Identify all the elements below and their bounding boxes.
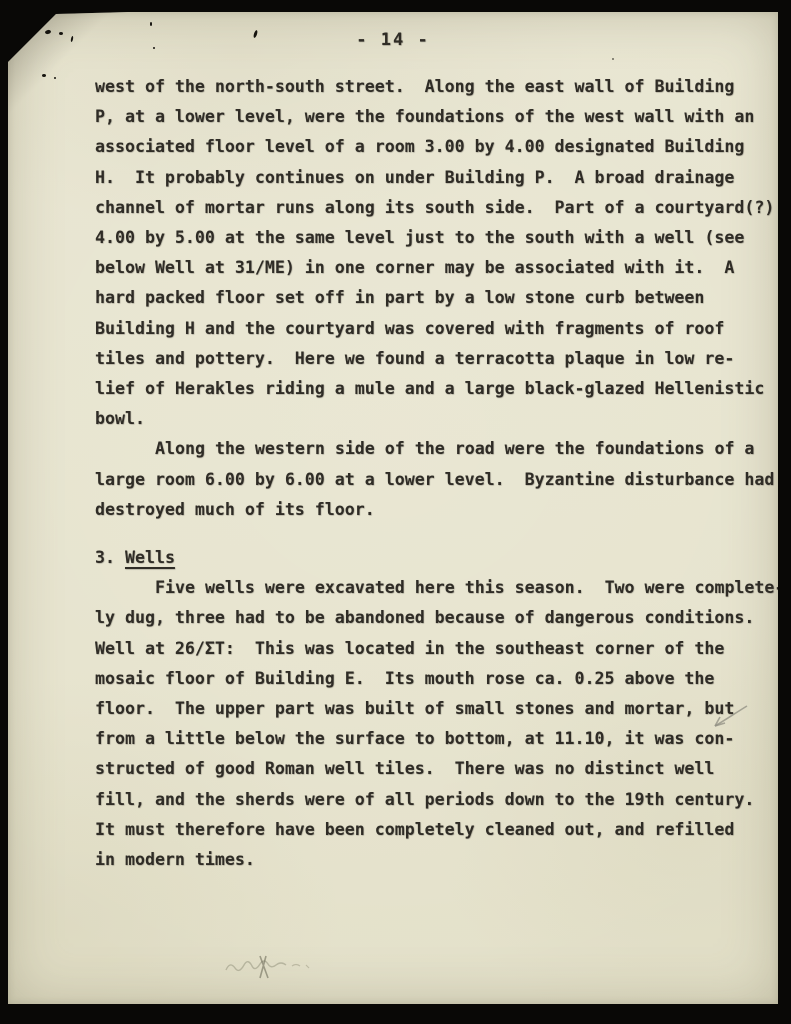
text-line: mosaic floor of Building E. Its mouth ro… bbox=[95, 664, 760, 694]
text-line: Well at 26/ΣT: This was located in the s… bbox=[95, 634, 760, 664]
text-line: lief of Herakles riding a mule and a lar… bbox=[95, 374, 760, 404]
document-body: west of the north-south street. Along th… bbox=[95, 72, 760, 875]
heading-title: Wells bbox=[125, 548, 175, 567]
text-line: Five wells were excavated here this seas… bbox=[95, 573, 760, 603]
text-line: Building H and the courtyard was covered… bbox=[95, 314, 760, 344]
ink-speck bbox=[150, 22, 152, 26]
text-line: ly dug, three had to be abandoned becaus… bbox=[95, 603, 760, 633]
text-line: hard packed floor set off in part by a l… bbox=[95, 283, 760, 313]
ink-speck bbox=[42, 74, 46, 77]
ink-speck bbox=[612, 58, 614, 60]
text-line: H. It probably continues on under Buildi… bbox=[95, 163, 760, 193]
ink-speck bbox=[54, 77, 56, 79]
text-line: It must therefore have been completely c… bbox=[95, 815, 760, 845]
text-line: Along the western side of the road were … bbox=[95, 434, 760, 464]
text-line: channel of mortar runs along its south s… bbox=[95, 193, 760, 223]
text-line: P, at a lower level, were the foundation… bbox=[95, 102, 760, 132]
text-line: floor. The upper part was built of small… bbox=[95, 694, 760, 724]
pencil-scribble-mark bbox=[222, 948, 322, 988]
text-line: structed of good Roman well tiles. There… bbox=[95, 754, 760, 784]
text-line: bowl. bbox=[95, 404, 760, 434]
text-line: from a little below the surface to botto… bbox=[95, 724, 760, 754]
text-line: 4.00 by 5.00 at the same level just to t… bbox=[95, 223, 760, 253]
text-line: in modern times. bbox=[95, 845, 760, 875]
text-line: destroyed much of its floor. bbox=[95, 495, 760, 525]
page-number: - 14 - bbox=[8, 30, 778, 50]
text-line: associated floor level of a room 3.00 by… bbox=[95, 132, 760, 162]
text-line: west of the north-south street. Along th… bbox=[95, 72, 760, 102]
pencil-arrow-mark bbox=[701, 700, 753, 738]
scan-background: - 14 - west of the north-south street. A… bbox=[0, 0, 791, 1024]
document-page: - 14 - west of the north-south street. A… bbox=[8, 12, 778, 1004]
text-line: tiles and pottery. Here we found a terra… bbox=[95, 344, 760, 374]
section-heading: 3. Wells bbox=[95, 543, 760, 573]
heading-number: 3. bbox=[95, 548, 125, 567]
text-line: below Well at 31/ME) in one corner may b… bbox=[95, 253, 760, 283]
text-line: large room 6.00 by 6.00 at a lower level… bbox=[95, 465, 760, 495]
text-line: fill, and the sherds were of all periods… bbox=[95, 785, 760, 815]
